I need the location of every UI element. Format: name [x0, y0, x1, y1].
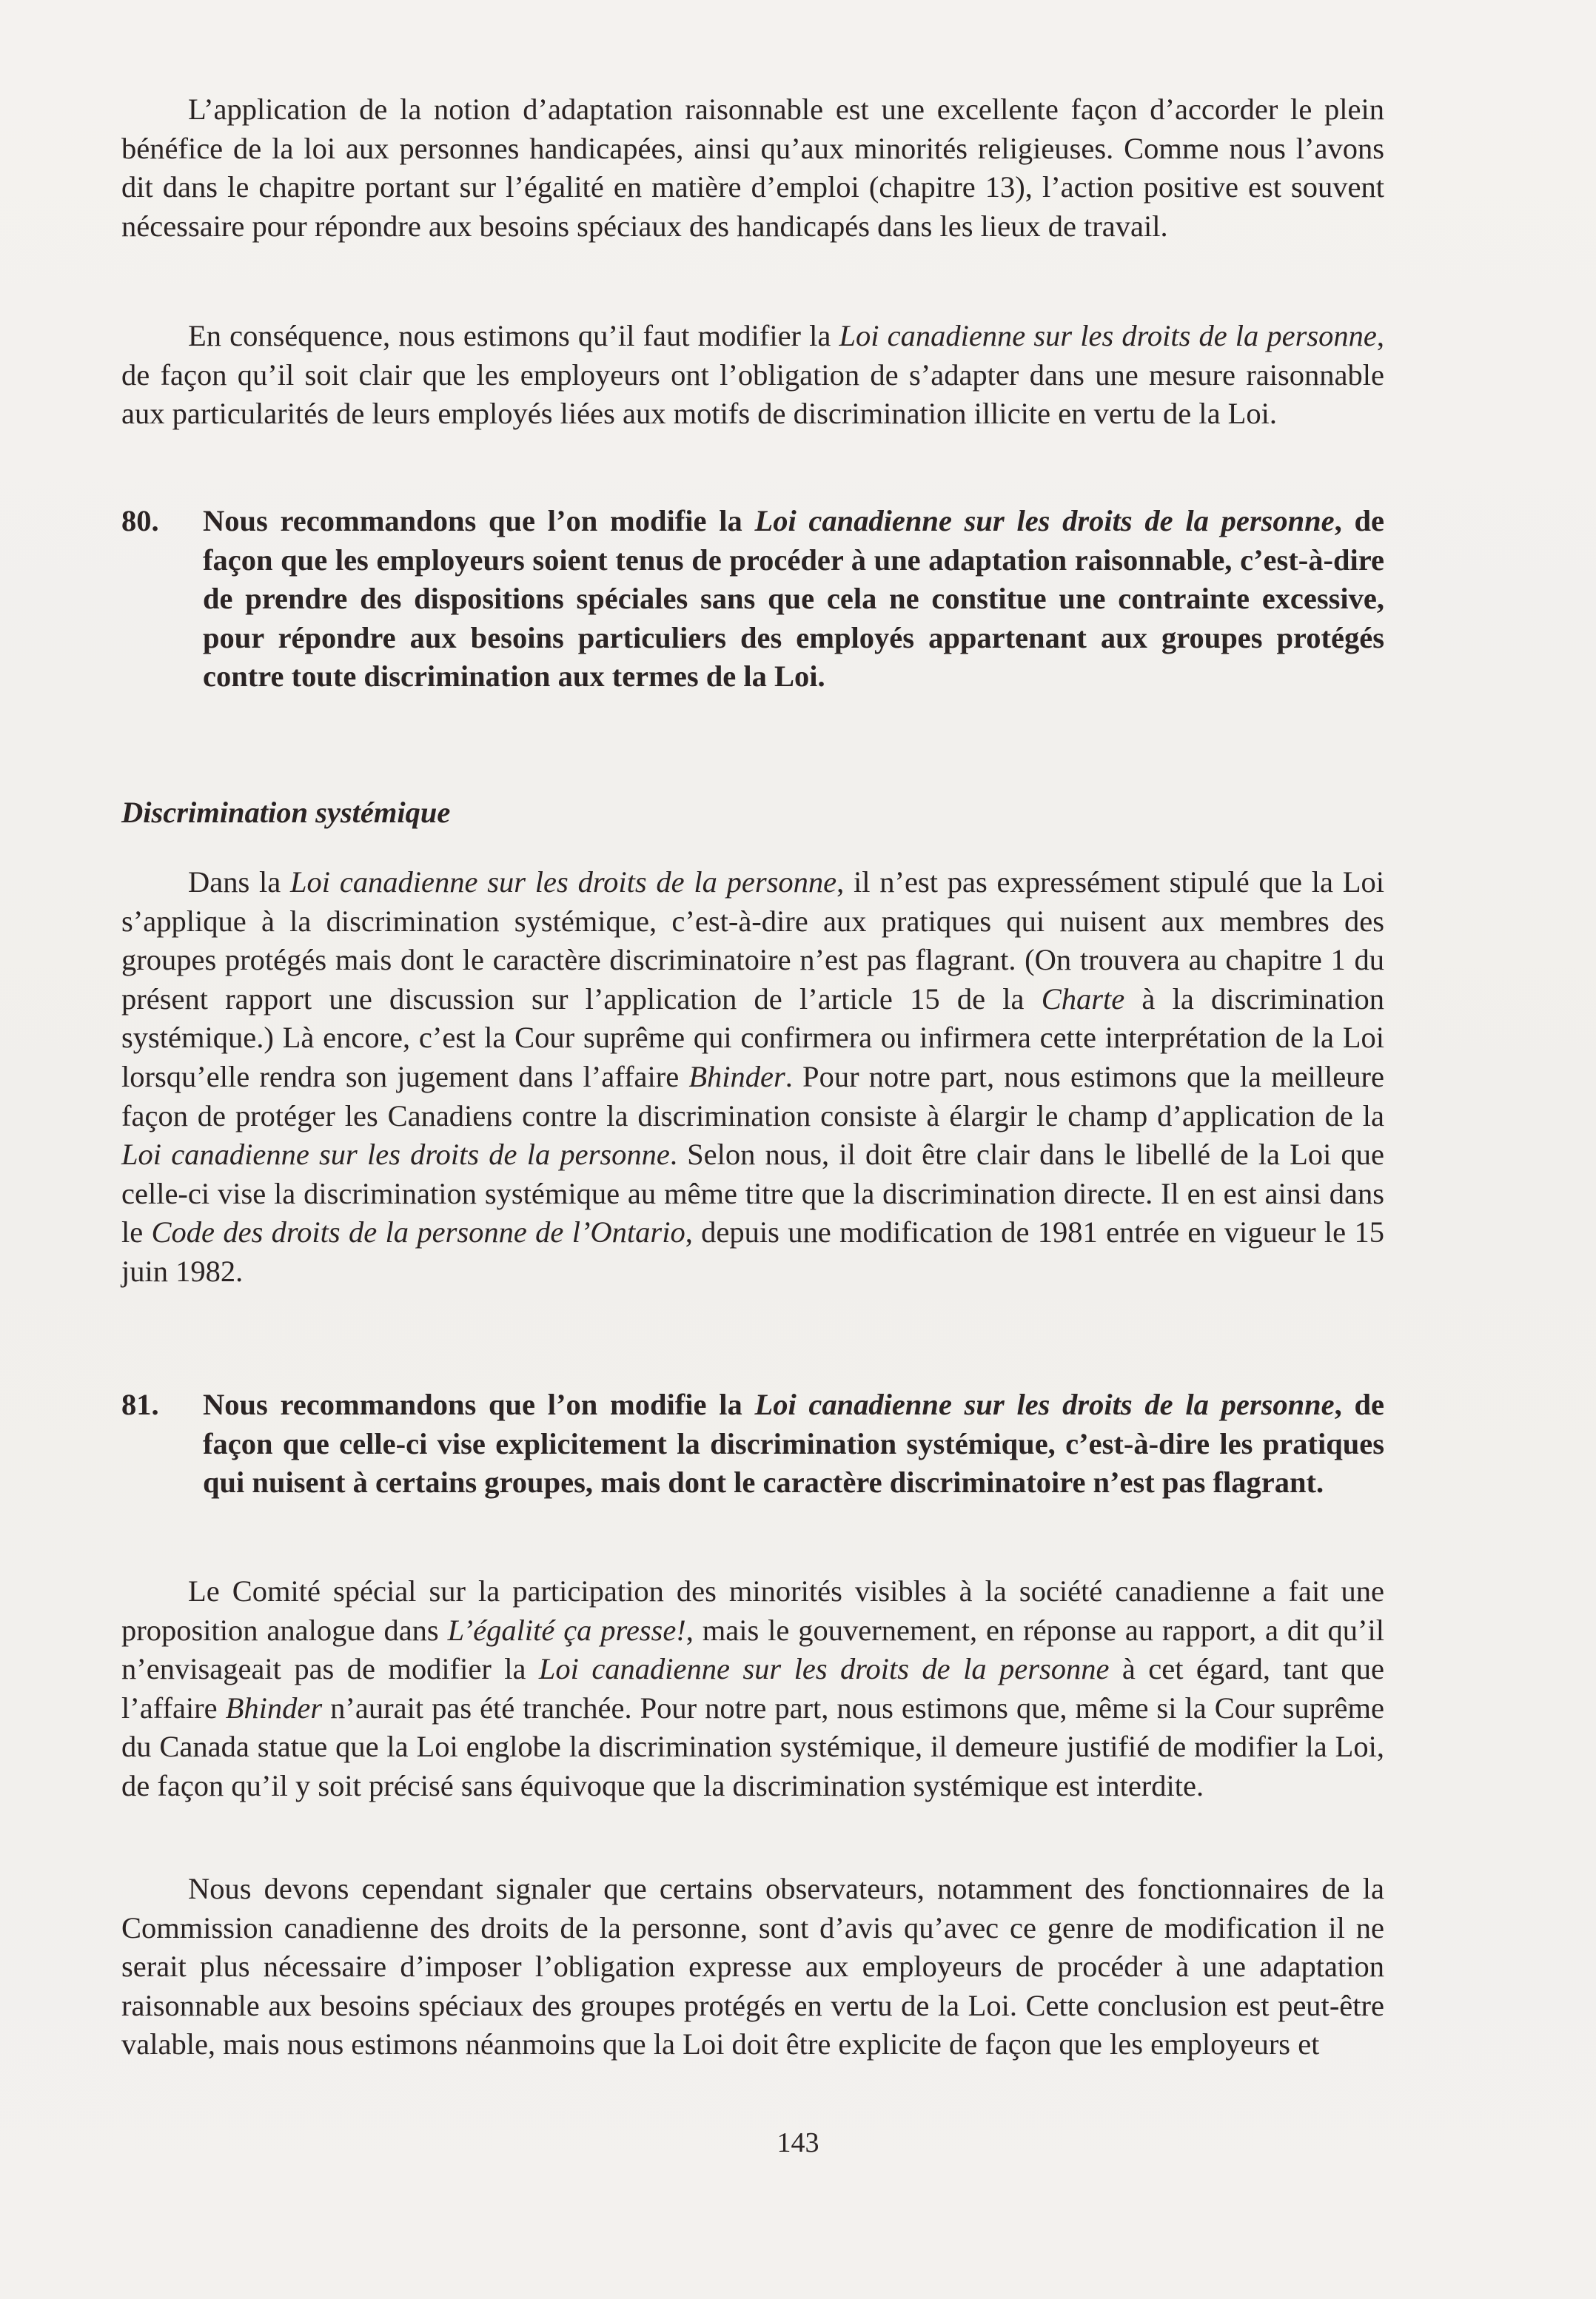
- charter-italic: Charte: [1042, 982, 1125, 1016]
- text-run: En conséquence, nous estimons qu’il faut…: [188, 319, 839, 352]
- case-name-italic: Bhinder: [226, 1691, 322, 1725]
- law-title-italic: Loi canadienne sur les droits de la pers…: [539, 1652, 1110, 1685]
- text-run: Dans la: [188, 865, 290, 899]
- paragraph-consequence: En conséquence, nous estimons qu’il faut…: [121, 317, 1384, 434]
- paragraph-special-committee: Le Comité spécial sur la participation d…: [121, 1572, 1384, 1806]
- law-title-italic: Loi canadienne sur les droits de la pers…: [839, 319, 1376, 352]
- recommendation-81: 81. Nous recommandons que l’on modifie l…: [121, 1386, 1384, 1503]
- section-heading: Discrimination systémique: [121, 793, 450, 833]
- paragraph-text: Le Comité spécial sur la participation d…: [121, 1572, 1384, 1806]
- law-title-italic: Loi canadienne sur les droits de la pers…: [121, 1138, 670, 1171]
- recommendation-number: 80.: [121, 502, 159, 541]
- case-name-italic: Bhinder: [688, 1060, 785, 1093]
- recommendation-text: Nous recommandons que l’on modifie la Lo…: [203, 502, 1384, 697]
- page-number: 143: [0, 2126, 1596, 2160]
- text-run: Nous recommandons que l’on modifie la: [203, 1388, 754, 1421]
- paragraph-observers: Nous devons cependant signaler que certa…: [121, 1870, 1384, 2064]
- recommendation-text: Nous recommandons que l’on modifie la Lo…: [203, 1386, 1384, 1503]
- document-page: L’application de la notion d’adaptation …: [0, 0, 1596, 2299]
- paragraph-text: En conséquence, nous estimons qu’il faut…: [121, 317, 1384, 434]
- law-title-italic: Loi canadienne sur les droits de la pers…: [290, 865, 836, 899]
- paragraph-text: Dans la Loi canadienne sur les droits de…: [121, 863, 1384, 1292]
- recommendation-80: 80. Nous recommandons que l’on modifie l…: [121, 502, 1384, 697]
- paragraph-text: Nous devons cependant signaler que certa…: [121, 1870, 1384, 2064]
- law-title-italic: Loi canadienne sur les droits de la pers…: [754, 1388, 1334, 1421]
- text-run: Nous recommandons que l’on modifie la: [203, 504, 754, 537]
- paragraph-text: L’application de la notion d’adaptation …: [121, 90, 1384, 246]
- report-title-italic: L’égalité ça presse!: [448, 1614, 686, 1647]
- recommendation-number: 81.: [121, 1386, 159, 1425]
- ontario-code-italic: Code des droits de la personne de l’Onta…: [152, 1215, 685, 1249]
- paragraph-reasonable-accommodation: L’application de la notion d’adaptation …: [121, 90, 1384, 246]
- law-title-italic: Loi canadienne sur les droits de la pers…: [754, 504, 1334, 537]
- paragraph-systemic-discrimination: Dans la Loi canadienne sur les droits de…: [121, 863, 1384, 1292]
